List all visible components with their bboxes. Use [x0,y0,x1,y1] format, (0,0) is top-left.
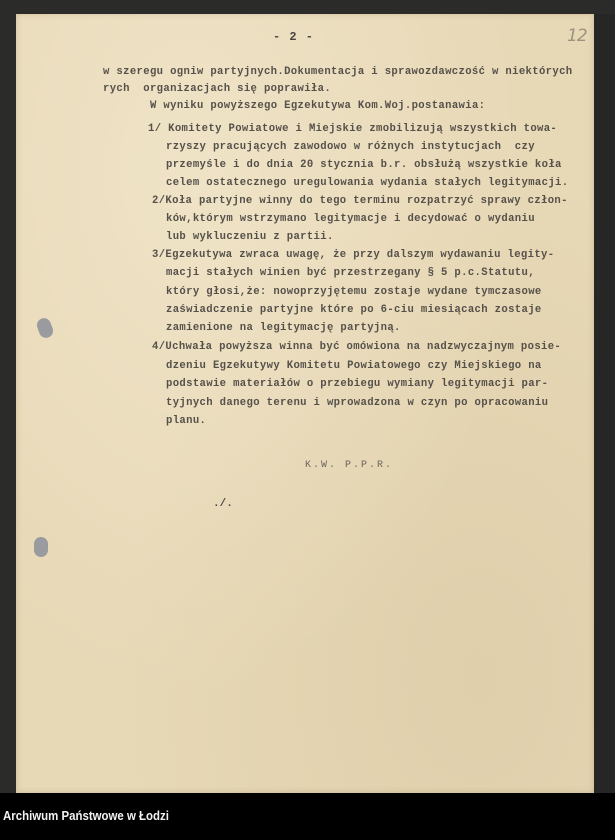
text-line: 1/ Komitety Powiatowe i Miejskie zmobili… [148,123,557,135]
text-line: W wyniku powyższego Egzekutywa Kom.Woj.p… [150,100,485,112]
text-line: macji stałych winien być przestrzegany §… [166,267,535,279]
text-line: rych organizacjach się poprawiła. [103,83,331,95]
archive-name: Archiwum Państwowe w Łodzi [3,808,169,823]
text-line: zaświadczenie partyjne które po 6-ciu mi… [166,304,542,316]
page-number: - 2 - [273,30,314,44]
text-line: 4/Uchwała powyższa winna być omówiona na… [152,341,561,353]
text-line: dzeniu Egzekutywy Komitetu Powiatowego c… [166,360,542,372]
handwritten-folio-number: 12 [567,26,587,46]
signature-block: K.W. P.P.R. [305,460,393,471]
text-line: przemyśle i do dnia 20 stycznia b.r. obs… [166,159,562,171]
archive-footer: Archiwum Państwowe w Łodzi [0,793,615,840]
text-line: tyjnych danego terenu i wprowadzona w cz… [166,397,548,409]
scanner-edge [594,14,615,793]
text-line: celem ostatecznego uregulowania wydania … [166,177,568,189]
text-line: zamienione na legitymację partyjną. [166,322,401,334]
punch-hole-icon [34,537,48,557]
text-line: planu. [166,415,206,427]
end-mark: ./. [213,498,233,510]
text-line: rzyszy pracujących zawodowo w różnych in… [166,141,535,153]
text-line: lub wykluczeniu z partii. [166,231,334,243]
text-line: 2/Koła partyjne winny do tego terminu ro… [152,195,568,207]
text-line: który głosi,że: nowoprzyjętemu zostaje w… [166,286,542,298]
text-line: ków,którym wstrzymano legitymacje i decy… [166,213,535,225]
text-line: 3/Egzekutywa zwraca uwagę, że przy dalsz… [152,249,554,261]
text-line: podstawie materiałów o przebiegu wymiany… [166,378,548,390]
text-line: w szeregu ogniw partyjnych.Dokumentacja … [103,66,573,78]
